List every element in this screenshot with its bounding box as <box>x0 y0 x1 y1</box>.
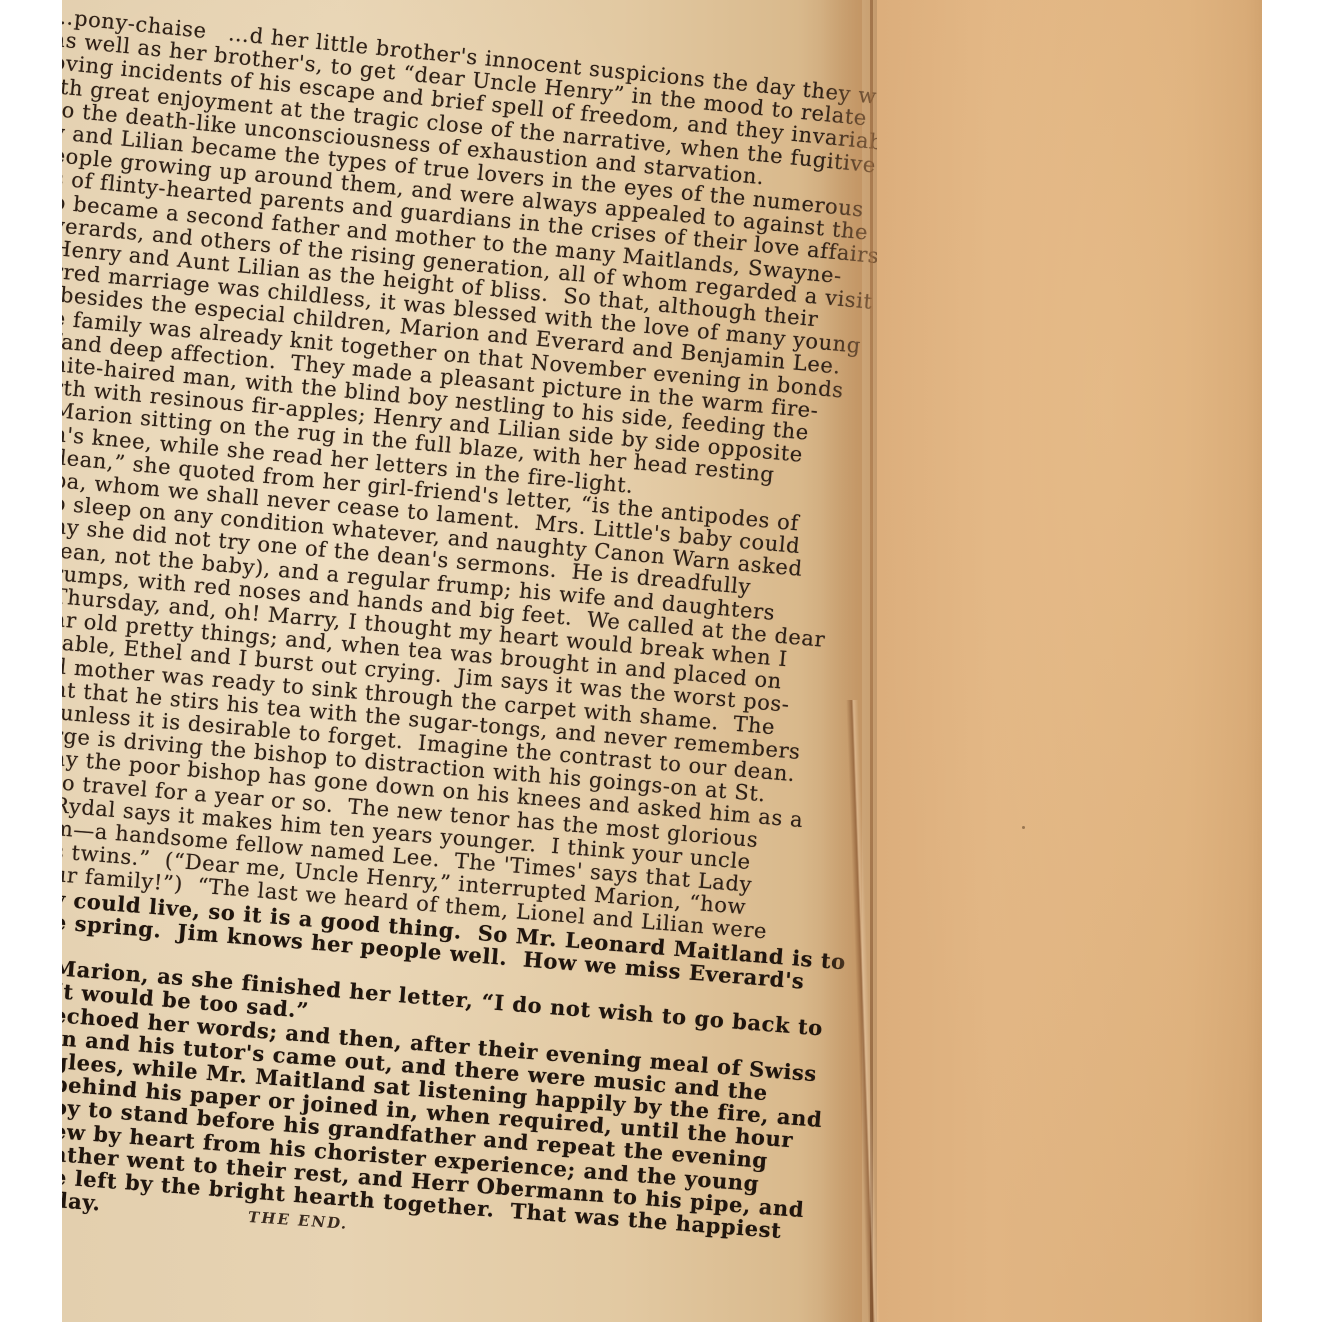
text-block: …pony-chaise …d her little brother's inn… <box>62 0 954 1322</box>
blank-endpaper <box>877 0 1262 1322</box>
printed-page: …pony-chaise …d her little brother's inn… <box>62 0 862 1322</box>
text-line: day. <box>62 1187 102 1215</box>
paper-speck <box>1022 826 1025 829</box>
book-photo: …pony-chaise …d her little brother's inn… <box>62 0 1262 1322</box>
